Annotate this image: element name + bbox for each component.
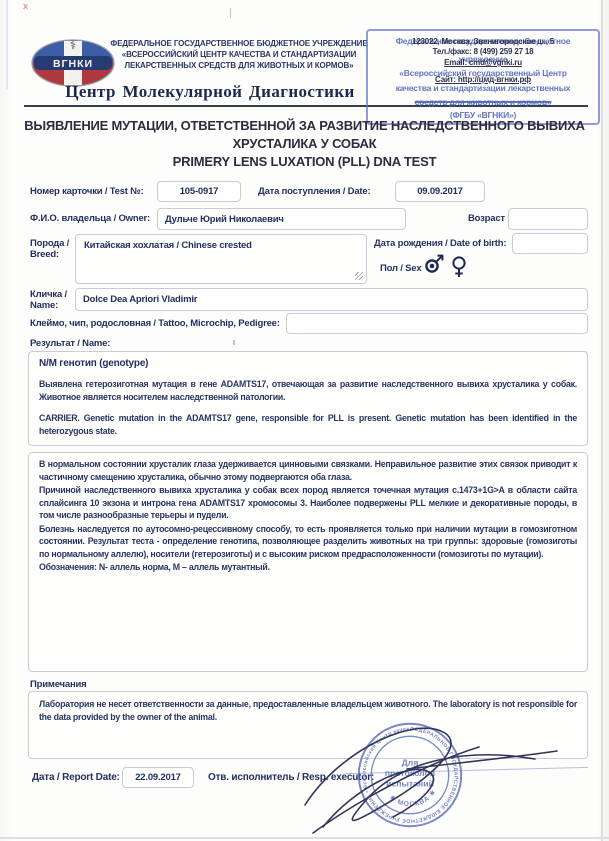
sex-female-option[interactable]	[450, 255, 468, 279]
center-name: Центр Молекулярной Диагностики	[20, 82, 400, 102]
test-no-label: Номер карточки / Test №:	[30, 186, 144, 197]
breed-value: Китайская хохлатая / Chinese crested	[76, 235, 366, 251]
notes-label: Примечания	[30, 679, 86, 690]
org-name-line3: ЛЕКАРСТВЕННЫХ СРЕДСТВ ДЛЯ ЖИВОТНЫХ И КОР…	[110, 61, 368, 72]
doc-title-line3: PRIMERY LENS LUXATION (PLL) DNA TEST	[0, 153, 609, 172]
stamp-line: качества и стандартизации лекарственных	[368, 83, 598, 93]
info-paragraph: Обозначения: N- аллель норма, М – аллель…	[39, 561, 577, 574]
org-name-line2: «ВСЕРОССИЙСКИЙ ЦЕНТР КАЧЕСТВА И СТАНДАРТ…	[110, 50, 368, 61]
info-paragraph: Причиной наследственного вывиха хрустали…	[39, 484, 577, 522]
vet-symbol-icon: ⚕	[70, 40, 76, 52]
result-text-ru: Выявлена гетерозиготная мутация в гене A…	[39, 378, 577, 403]
birth-date-label: Дата рождения / Date of birth:	[374, 238, 506, 249]
red-speck	[233, 340, 235, 345]
info-paragraph: В нормальном состоянии хрусталик глаза у…	[39, 458, 577, 483]
date-received-field[interactable]: 09.09.2017	[395, 181, 485, 202]
birth-date-field[interactable]	[512, 233, 588, 254]
red-speck	[230, 8, 231, 18]
age-label: Возраст	[468, 213, 505, 224]
document-page: х ⚕ ВГНКИ ФЕДЕРАЛЬНОЕ ГОСУДАРСТВЕННОЕ БЮ…	[0, 0, 609, 841]
result-label: Результат / Name:	[30, 338, 110, 349]
info-box: В нормальном состоянии хрусталик глаза у…	[28, 452, 588, 672]
tattoo-label: Клеймо, чип, родословная / Tattoo, Micro…	[30, 318, 280, 329]
owner-field[interactable]: Дульче Юрий Николаевич	[157, 208, 406, 230]
doc-title-line2: ХРУСТАЛИКА У СОБАК	[0, 135, 609, 154]
date-received-label: Дата поступления / Date:	[258, 186, 370, 197]
page-edge-left	[6, 0, 8, 90]
address-stamp-box: Федеральное государственное бюджетное уч…	[366, 29, 600, 125]
report-date-label: Дата / Report Date:	[32, 772, 120, 783]
email-line: Email: cmd@vgnki.ru	[368, 58, 598, 67]
report-date-field[interactable]: 22.09.2017	[122, 767, 194, 788]
owner-label: Ф.И.О. владельца / Owner:	[30, 213, 150, 224]
dog-name-label: Кличка / Name:	[30, 289, 67, 311]
male-icon	[424, 253, 446, 275]
test-no-field[interactable]: 105-0917	[157, 181, 241, 202]
crop-mark: х	[23, 1, 28, 11]
phone-line: Тел./факс: 8 (499) 259 27 18	[368, 47, 598, 56]
result-box: N/M генотип (genotype) Выявлена гетерози…	[28, 351, 588, 446]
breed-field[interactable]: Китайская хохлатая / Chinese crested	[75, 234, 367, 284]
stamp-line-struck: средств для животных и кормов»	[368, 97, 598, 107]
signature	[295, 705, 565, 840]
org-name-line1: ФЕДЕРАЛЬНОЕ ГОСУДАРСТВЕННОЕ БЮДЖЕТНОЕ УЧ…	[110, 39, 368, 50]
female-icon	[450, 255, 468, 279]
dog-name-field[interactable]: Dolce Dea Apriori Vladimir	[75, 288, 588, 311]
sex-label: Пол / Sex	[380, 263, 421, 274]
sex-male-option[interactable]	[424, 253, 446, 275]
genotype-value: N/M генотип (genotype)	[39, 358, 577, 369]
tattoo-field[interactable]	[286, 313, 588, 334]
address-line: 123022, Москва, Звенигородское ш., 5	[368, 37, 598, 46]
doc-title-line1: ВЫЯВЛЕНИЕ МУТАЦИИ, ОТВЕТСТВЕННОЙ ЗА РАЗВ…	[0, 117, 609, 136]
result-text-en: CARRIER. Genetic mutation in the ADAMTS1…	[39, 412, 577, 437]
info-paragraph: Болезнь наследуется по аутосомно-рецесси…	[39, 523, 577, 561]
age-field[interactable]	[508, 208, 588, 230]
logo-text: ВГНКИ	[53, 58, 93, 70]
breed-label: Порода / Breed:	[30, 238, 69, 260]
resize-grip-icon[interactable]	[355, 272, 363, 280]
website-line: Сайт: http://цмд-вгнки.рф	[368, 75, 598, 84]
